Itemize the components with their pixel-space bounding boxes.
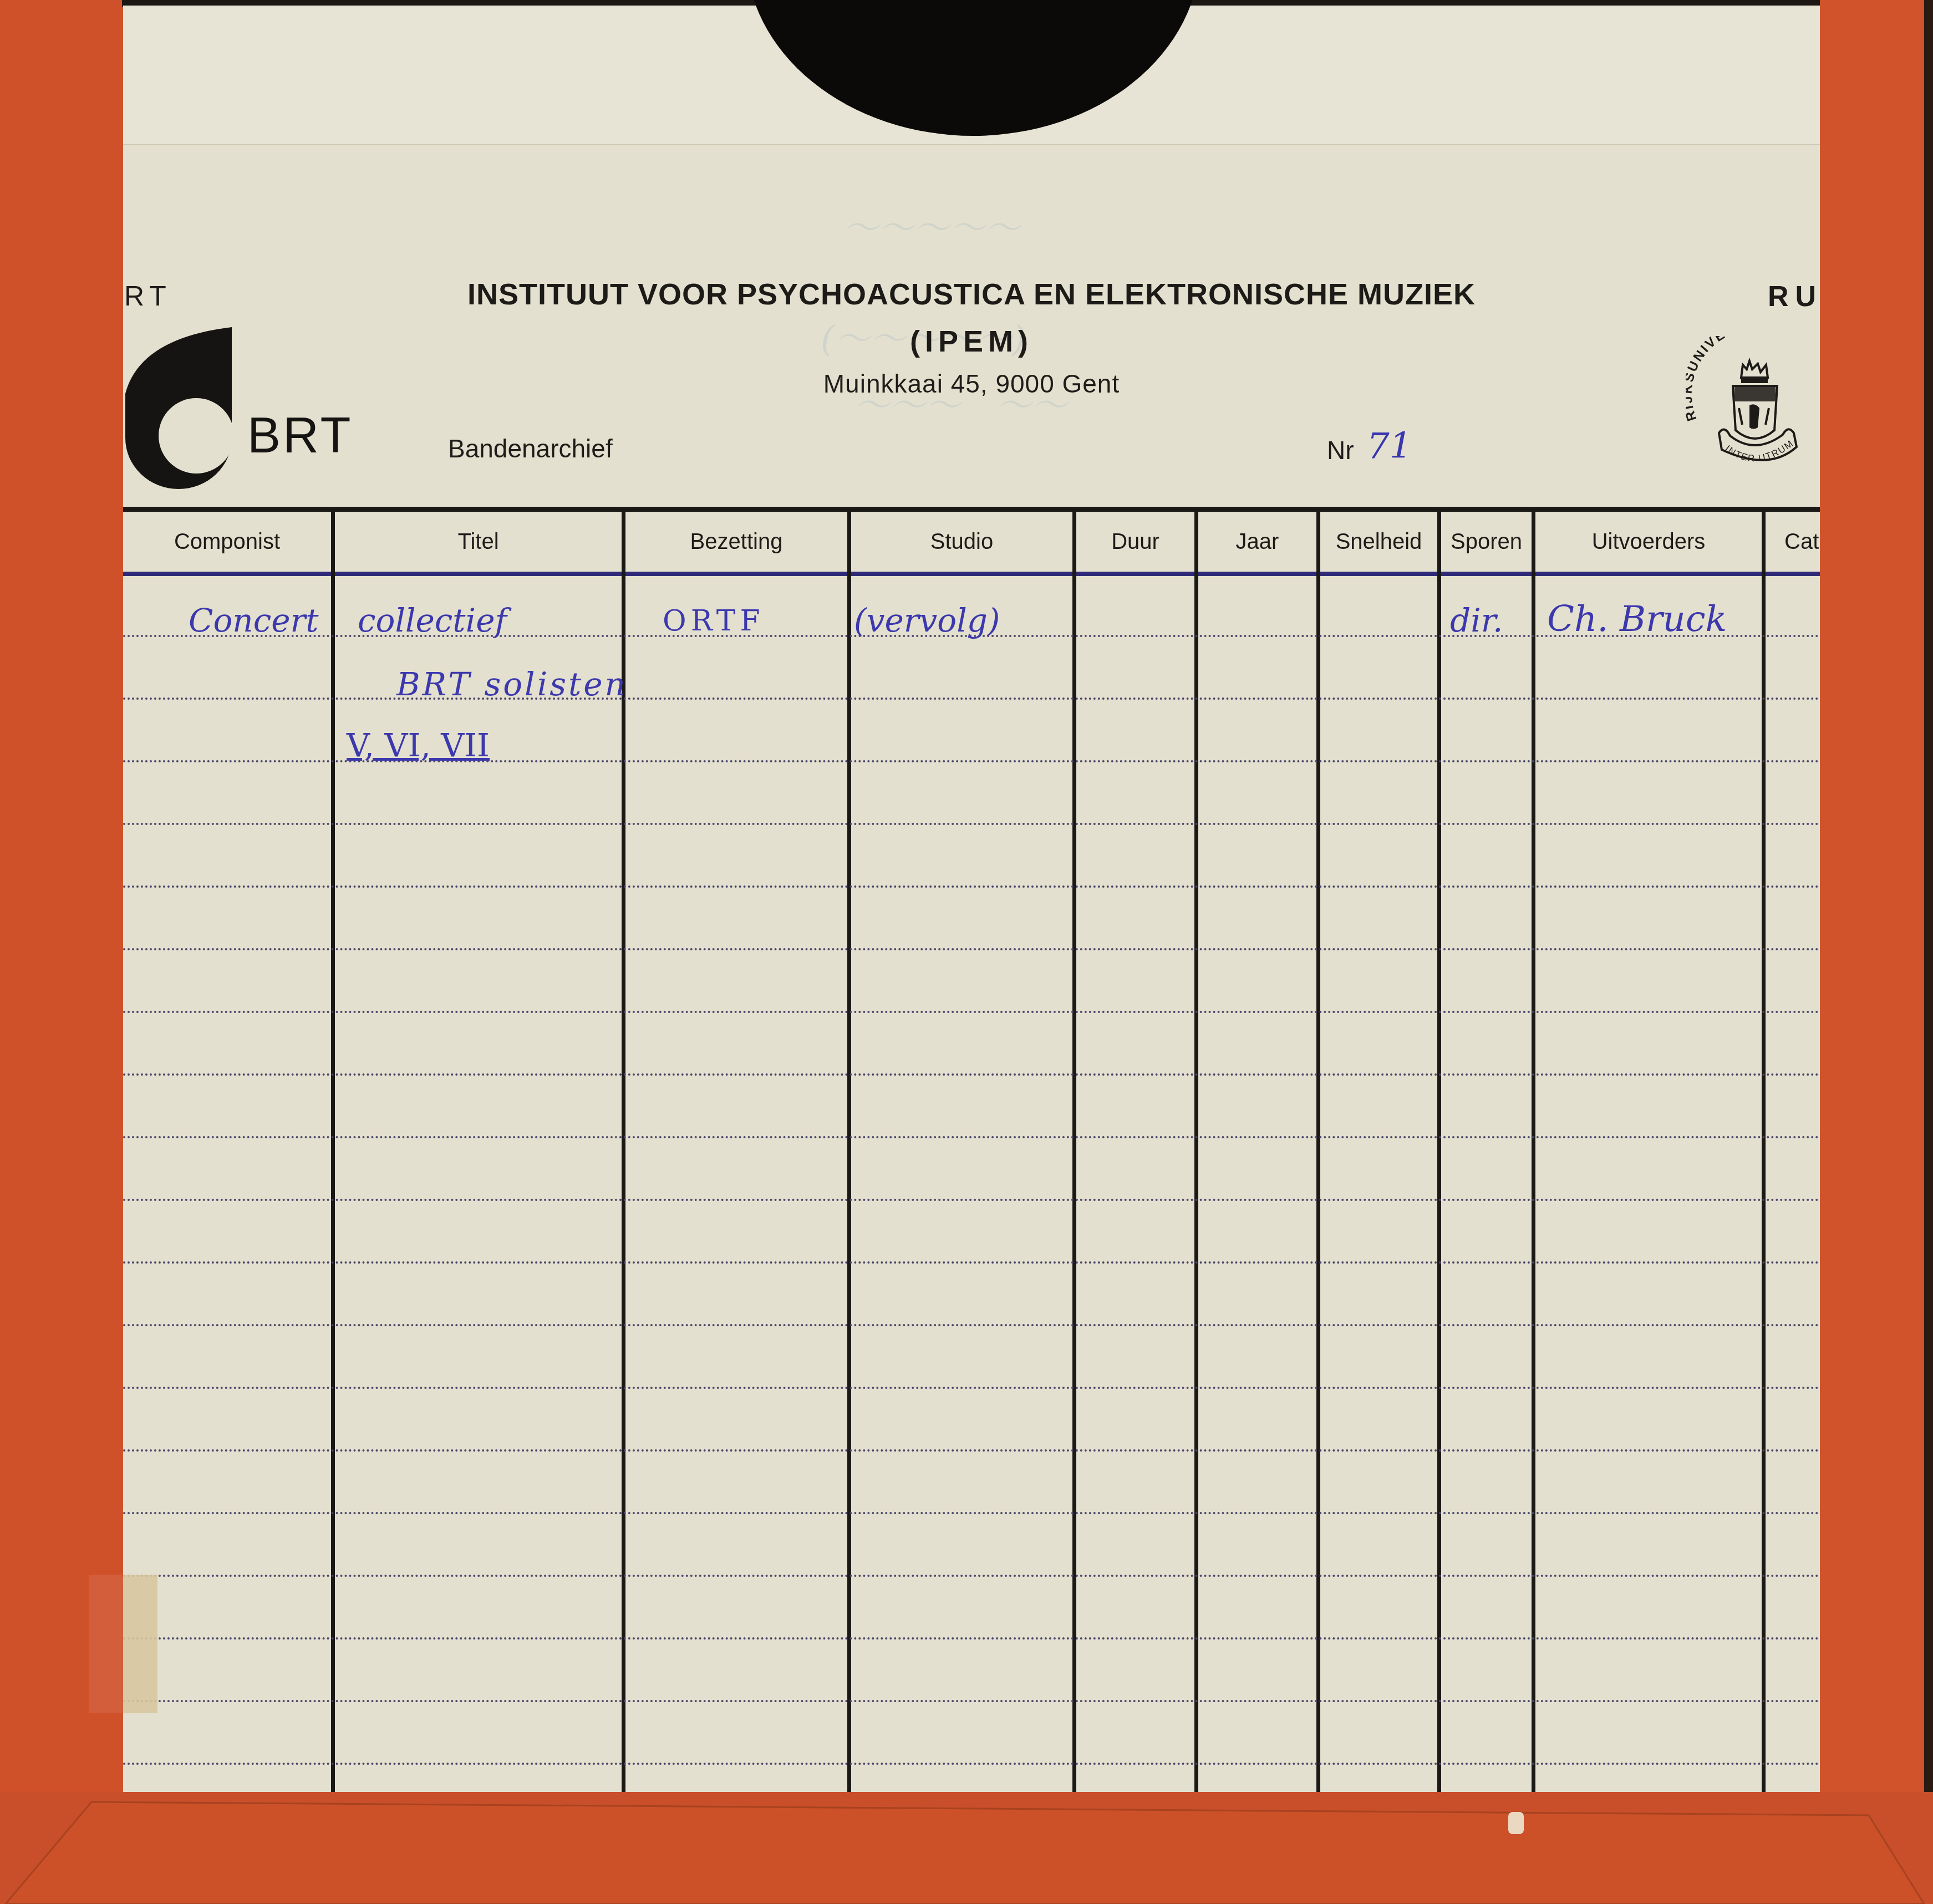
- number-label: Nr: [1327, 435, 1354, 465]
- ruled-line: [123, 1324, 1820, 1326]
- column-divider: [1316, 512, 1320, 1794]
- column-divider: [1072, 512, 1076, 1794]
- archive-label: Bandenarchief: [448, 434, 613, 464]
- university-seal-icon: RIJKSUNIVERSITEIT INTER UTRUMQUE: [1686, 336, 1824, 475]
- column-divider: [1532, 512, 1535, 1794]
- table-top-rule: [123, 507, 1820, 512]
- ruled-line: [123, 1512, 1820, 1514]
- column-header-sporen: Sporen: [1441, 530, 1532, 554]
- sleeve-right-shadow: [1924, 0, 1933, 1904]
- number-value: 71: [1367, 426, 1412, 467]
- ruled-line: [123, 1763, 1820, 1765]
- column-divider: [331, 512, 335, 1794]
- ruled-line: [123, 1136, 1820, 1138]
- column-header-studio: Studio: [851, 530, 1072, 554]
- institute-title: INSTITUUT VOOR PSYCHOACUSTICA EN ELEKTRO…: [123, 277, 1820, 312]
- column-header-cat: Cat: [1784, 530, 1820, 554]
- ruled-line: [123, 698, 1820, 700]
- table-header-rule: [123, 572, 1820, 576]
- cell-row1-titel: collectief: [358, 602, 507, 639]
- ruled-line: [123, 885, 1820, 888]
- column-header-jaar: Jaar: [1198, 530, 1316, 554]
- column-header-componist: Componist: [123, 530, 331, 554]
- ruled-line: [123, 1387, 1820, 1389]
- column-divider: [1194, 512, 1198, 1794]
- ruled-line: [123, 1449, 1820, 1452]
- brt-logo-icon: [123, 327, 232, 489]
- cell-row2-titel: BRT solisten: [396, 665, 628, 703]
- ruled-line: [123, 1261, 1820, 1264]
- cell-row3-titel: V, VI, VII: [347, 726, 490, 764]
- column-divider: [1762, 512, 1766, 1794]
- column-divider: [622, 512, 625, 1794]
- column-header-titel: Titel: [335, 530, 622, 554]
- column-divider: [847, 512, 851, 1794]
- cell-row1-uitvoerders: Ch. Bruck: [1547, 599, 1727, 640]
- cell-row1-componist: Concert: [189, 602, 319, 639]
- tape-remnant: [89, 1575, 123, 1713]
- ruled-line: [123, 823, 1820, 825]
- brt-logo-text: BRT: [247, 408, 353, 465]
- ruled-line: [123, 948, 1820, 950]
- institute-address: Muinkkaai 45, 9000 Gent: [123, 369, 1820, 399]
- column-header-snelheid: Snelheid: [1320, 530, 1437, 554]
- cell-row1-sporen: dir.: [1450, 602, 1503, 639]
- column-divider: [1437, 512, 1441, 1794]
- cell-row1-bezetting: ORTF: [663, 604, 765, 638]
- column-header-uitvoerders: Uitvoerders: [1535, 530, 1762, 554]
- column-header-bezetting: Bezetting: [625, 530, 847, 554]
- ruled-line: [123, 1637, 1820, 1640]
- tape-remnant: [123, 1575, 157, 1713]
- sleeve-bottom-flap: [0, 1792, 1933, 1904]
- ghost-writing: ～～～～～: [843, 200, 1020, 251]
- ruled-line: [123, 1011, 1820, 1013]
- institute-abbreviation: (IPEM): [123, 324, 1820, 359]
- column-header-duur: Duur: [1076, 530, 1194, 554]
- ruled-line: [123, 1199, 1820, 1201]
- cell-row1-studio: (vervolg): [854, 602, 1000, 639]
- ruled-line: [123, 1700, 1820, 1702]
- sleeve-right-border: [1820, 0, 1933, 1904]
- ruled-line: [123, 1073, 1820, 1076]
- ruled-line: [123, 1575, 1820, 1577]
